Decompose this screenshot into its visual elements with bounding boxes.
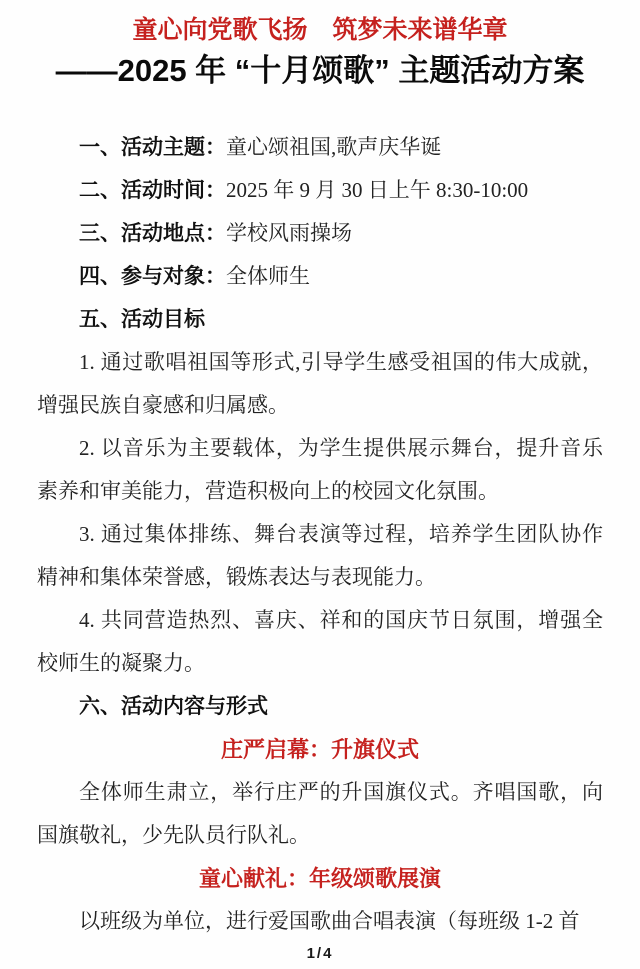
subsection-grade-performance-heading: 童心献礼：年级颂歌展演 bbox=[37, 857, 603, 900]
item-time-label: 二、活动时间： bbox=[79, 179, 226, 202]
item-theme: 一、活动主题：童心颂祖国,歌声庆华诞 bbox=[37, 126, 603, 169]
item-theme-label: 一、活动主题： bbox=[79, 136, 226, 159]
item-participants-value: 全体师生 bbox=[226, 264, 310, 288]
item-goals-label: 五、活动目标 bbox=[79, 308, 205, 331]
goal-paragraph-2: 2. 以音乐为主要载体，为学生提供展示舞台，提升音乐素养和审美能力，营造积极向上… bbox=[37, 427, 603, 513]
item-time-value: 2025 年 9 月 30 日上午 8:30-10:00 bbox=[226, 178, 528, 202]
item-content-form-label: 六、活动内容与形式 bbox=[79, 695, 268, 718]
item-participants: 四、参与对象：全体师生 bbox=[37, 255, 603, 298]
item-participants-label: 四、参与对象： bbox=[79, 265, 226, 288]
goal-paragraph-1: 1. 通过歌唱祖国等形式,引导学生感受祖国的伟大成就，增强民族自豪感和归属感。 bbox=[37, 341, 603, 427]
goal-paragraph-4: 4. 共同营造热烈、喜庆、祥和的国庆节日氛围，增强全校师生的凝聚力。 bbox=[37, 599, 603, 685]
item-location-label: 三、活动地点： bbox=[79, 222, 226, 245]
page-number: 1/4 bbox=[0, 945, 640, 962]
doc-title-main: ——2025 年 “十月颂歌” 主题活动方案 bbox=[0, 51, 640, 91]
item-location: 三、活动地点：学校风雨操场 bbox=[37, 212, 603, 255]
item-location-value: 学校风雨操场 bbox=[226, 221, 352, 245]
goal-paragraph-3: 3. 通过集体排练、舞台表演等过程，培养学生团队协作精神和集体荣誉感，锻炼表达与… bbox=[37, 513, 603, 599]
document-body: 一、活动主题：童心颂祖国,歌声庆华诞 二、活动时间：2025 年 9 月 30 … bbox=[0, 126, 640, 943]
subsection-flag-ceremony-body: 全体师生肃立，举行庄严的升国旗仪式。齐唱国歌，向国旗敬礼，少先队员行队礼。 bbox=[37, 771, 603, 857]
item-goals-heading: 五、活动目标 bbox=[37, 298, 603, 341]
subsection-flag-ceremony-heading: 庄严启幕：升旗仪式 bbox=[37, 728, 603, 771]
item-theme-value: 童心颂祖国,歌声庆华诞 bbox=[226, 135, 441, 159]
item-content-form-heading: 六、活动内容与形式 bbox=[37, 685, 603, 728]
document-page: 童心向党歌飞扬 筑梦未来谱华章 ——2025 年 “十月颂歌” 主题活动方案 一… bbox=[0, 0, 640, 969]
subsection-grade-performance-body: 以班级为单位，进行爱国歌曲合唱表演（每班级 1-2 首 bbox=[37, 900, 603, 943]
item-time: 二、活动时间：2025 年 9 月 30 日上午 8:30-10:00 bbox=[37, 169, 603, 212]
doc-title-red: 童心向党歌飞扬 筑梦未来谱华章 bbox=[0, 0, 640, 46]
